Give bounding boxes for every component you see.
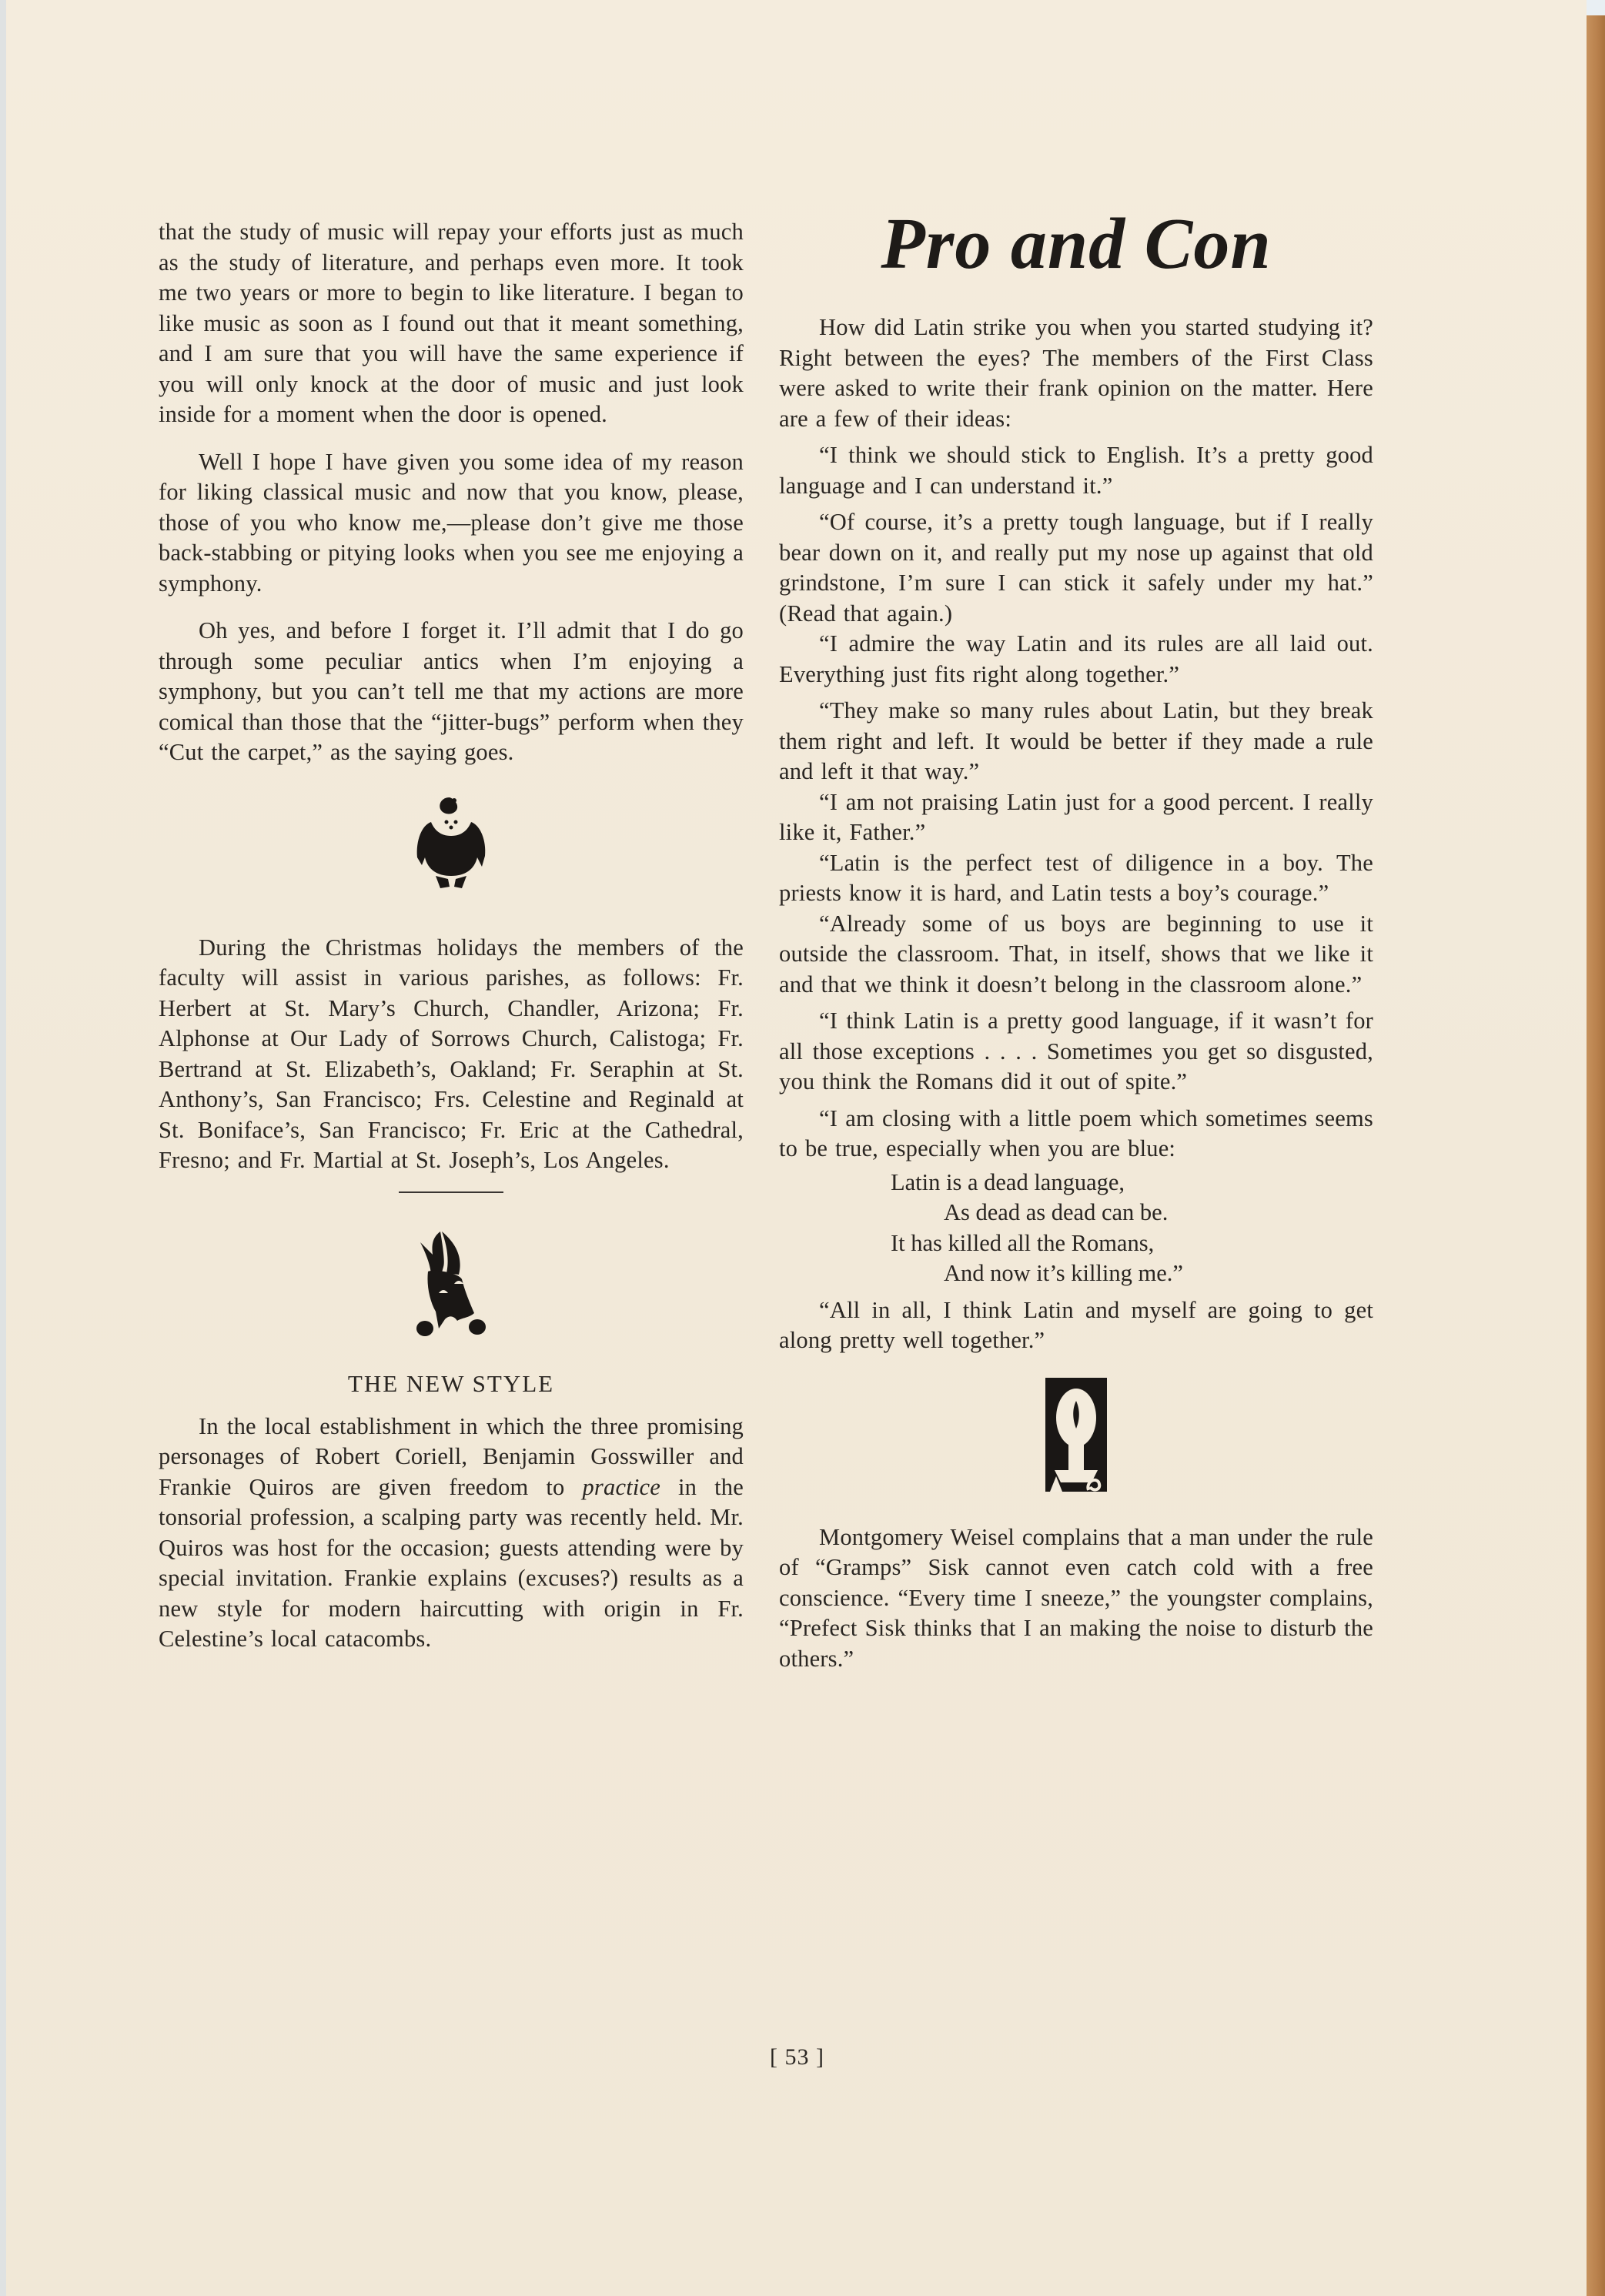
poem-line: Latin is a dead language,	[779, 1168, 1373, 1198]
poem-line: As dead as dead can be.	[779, 1198, 1373, 1228]
latin-intro: How did Latin strike you when you starte…	[779, 312, 1373, 434]
new-style-text-b: in the tonsorial profession, a scalping …	[159, 1474, 744, 1653]
music-paragraph-antics: Oh yes, and before I forget it. I’ll adm…	[159, 616, 744, 768]
santa-figure-icon	[414, 796, 488, 888]
candle-icon	[1045, 1378, 1107, 1492]
article-title: Pro and Con	[779, 202, 1373, 286]
new-style-heading: THE NEW STYLE	[159, 1370, 744, 1398]
music-paragraph-continued: that the study of music will repay your …	[159, 217, 744, 430]
latin-opinion: “Already some of us boys are beginning t…	[779, 909, 1373, 1001]
latin-opinion: “I am closing with a little poem which s…	[779, 1104, 1373, 1165]
background-gap	[1587, 0, 1605, 15]
music-paragraph-hope: Well I hope I have given you some idea o…	[159, 447, 744, 600]
weisel-paragraph: Montgomery Weisel complains that a man u…	[779, 1522, 1373, 1675]
left-column: that the study of music will repay your …	[159, 217, 744, 1655]
christmas-parishes-paragraph: During the Christmas holidays the member…	[159, 933, 744, 1176]
scan-edge	[0, 0, 6, 2296]
scottie-dog-icon	[416, 1232, 487, 1339]
poem-line: And now it’s killing me.”	[779, 1258, 1373, 1289]
new-style-paragraph: In the local establishment in which the …	[159, 1412, 744, 1655]
right-column: Pro and Con How did Latin strike you whe…	[779, 202, 1373, 1674]
magazine-page: that the study of music will repay your …	[6, 0, 1588, 2296]
page-number: [ 53 ]	[6, 2044, 1588, 2070]
latin-closing: “All in all, I think Latin and myself ar…	[779, 1295, 1373, 1356]
latin-opinion: “I think we should stick to English. It’…	[779, 440, 1373, 501]
latin-opinion: “I am not praising Latin just for a good…	[779, 787, 1373, 848]
poem-line: It has killed all the Romans,	[779, 1228, 1373, 1259]
latin-poem: Latin is a dead language, As dead as dea…	[779, 1168, 1373, 1289]
latin-opinion: “Of course, it’s a pretty tough language…	[779, 507, 1373, 629]
latin-opinion: “Latin is the perfect test of diligence …	[779, 848, 1373, 909]
latin-opinion: “I think Latin is a pretty good language…	[779, 1006, 1373, 1098]
italic-emphasis: practice	[582, 1474, 660, 1500]
latin-opinion: “I admire the way Latin and its rules ar…	[779, 629, 1373, 690]
latin-opinion: “They make so many rules about Latin, bu…	[779, 696, 1373, 787]
cover-edge	[1587, 15, 1605, 2296]
